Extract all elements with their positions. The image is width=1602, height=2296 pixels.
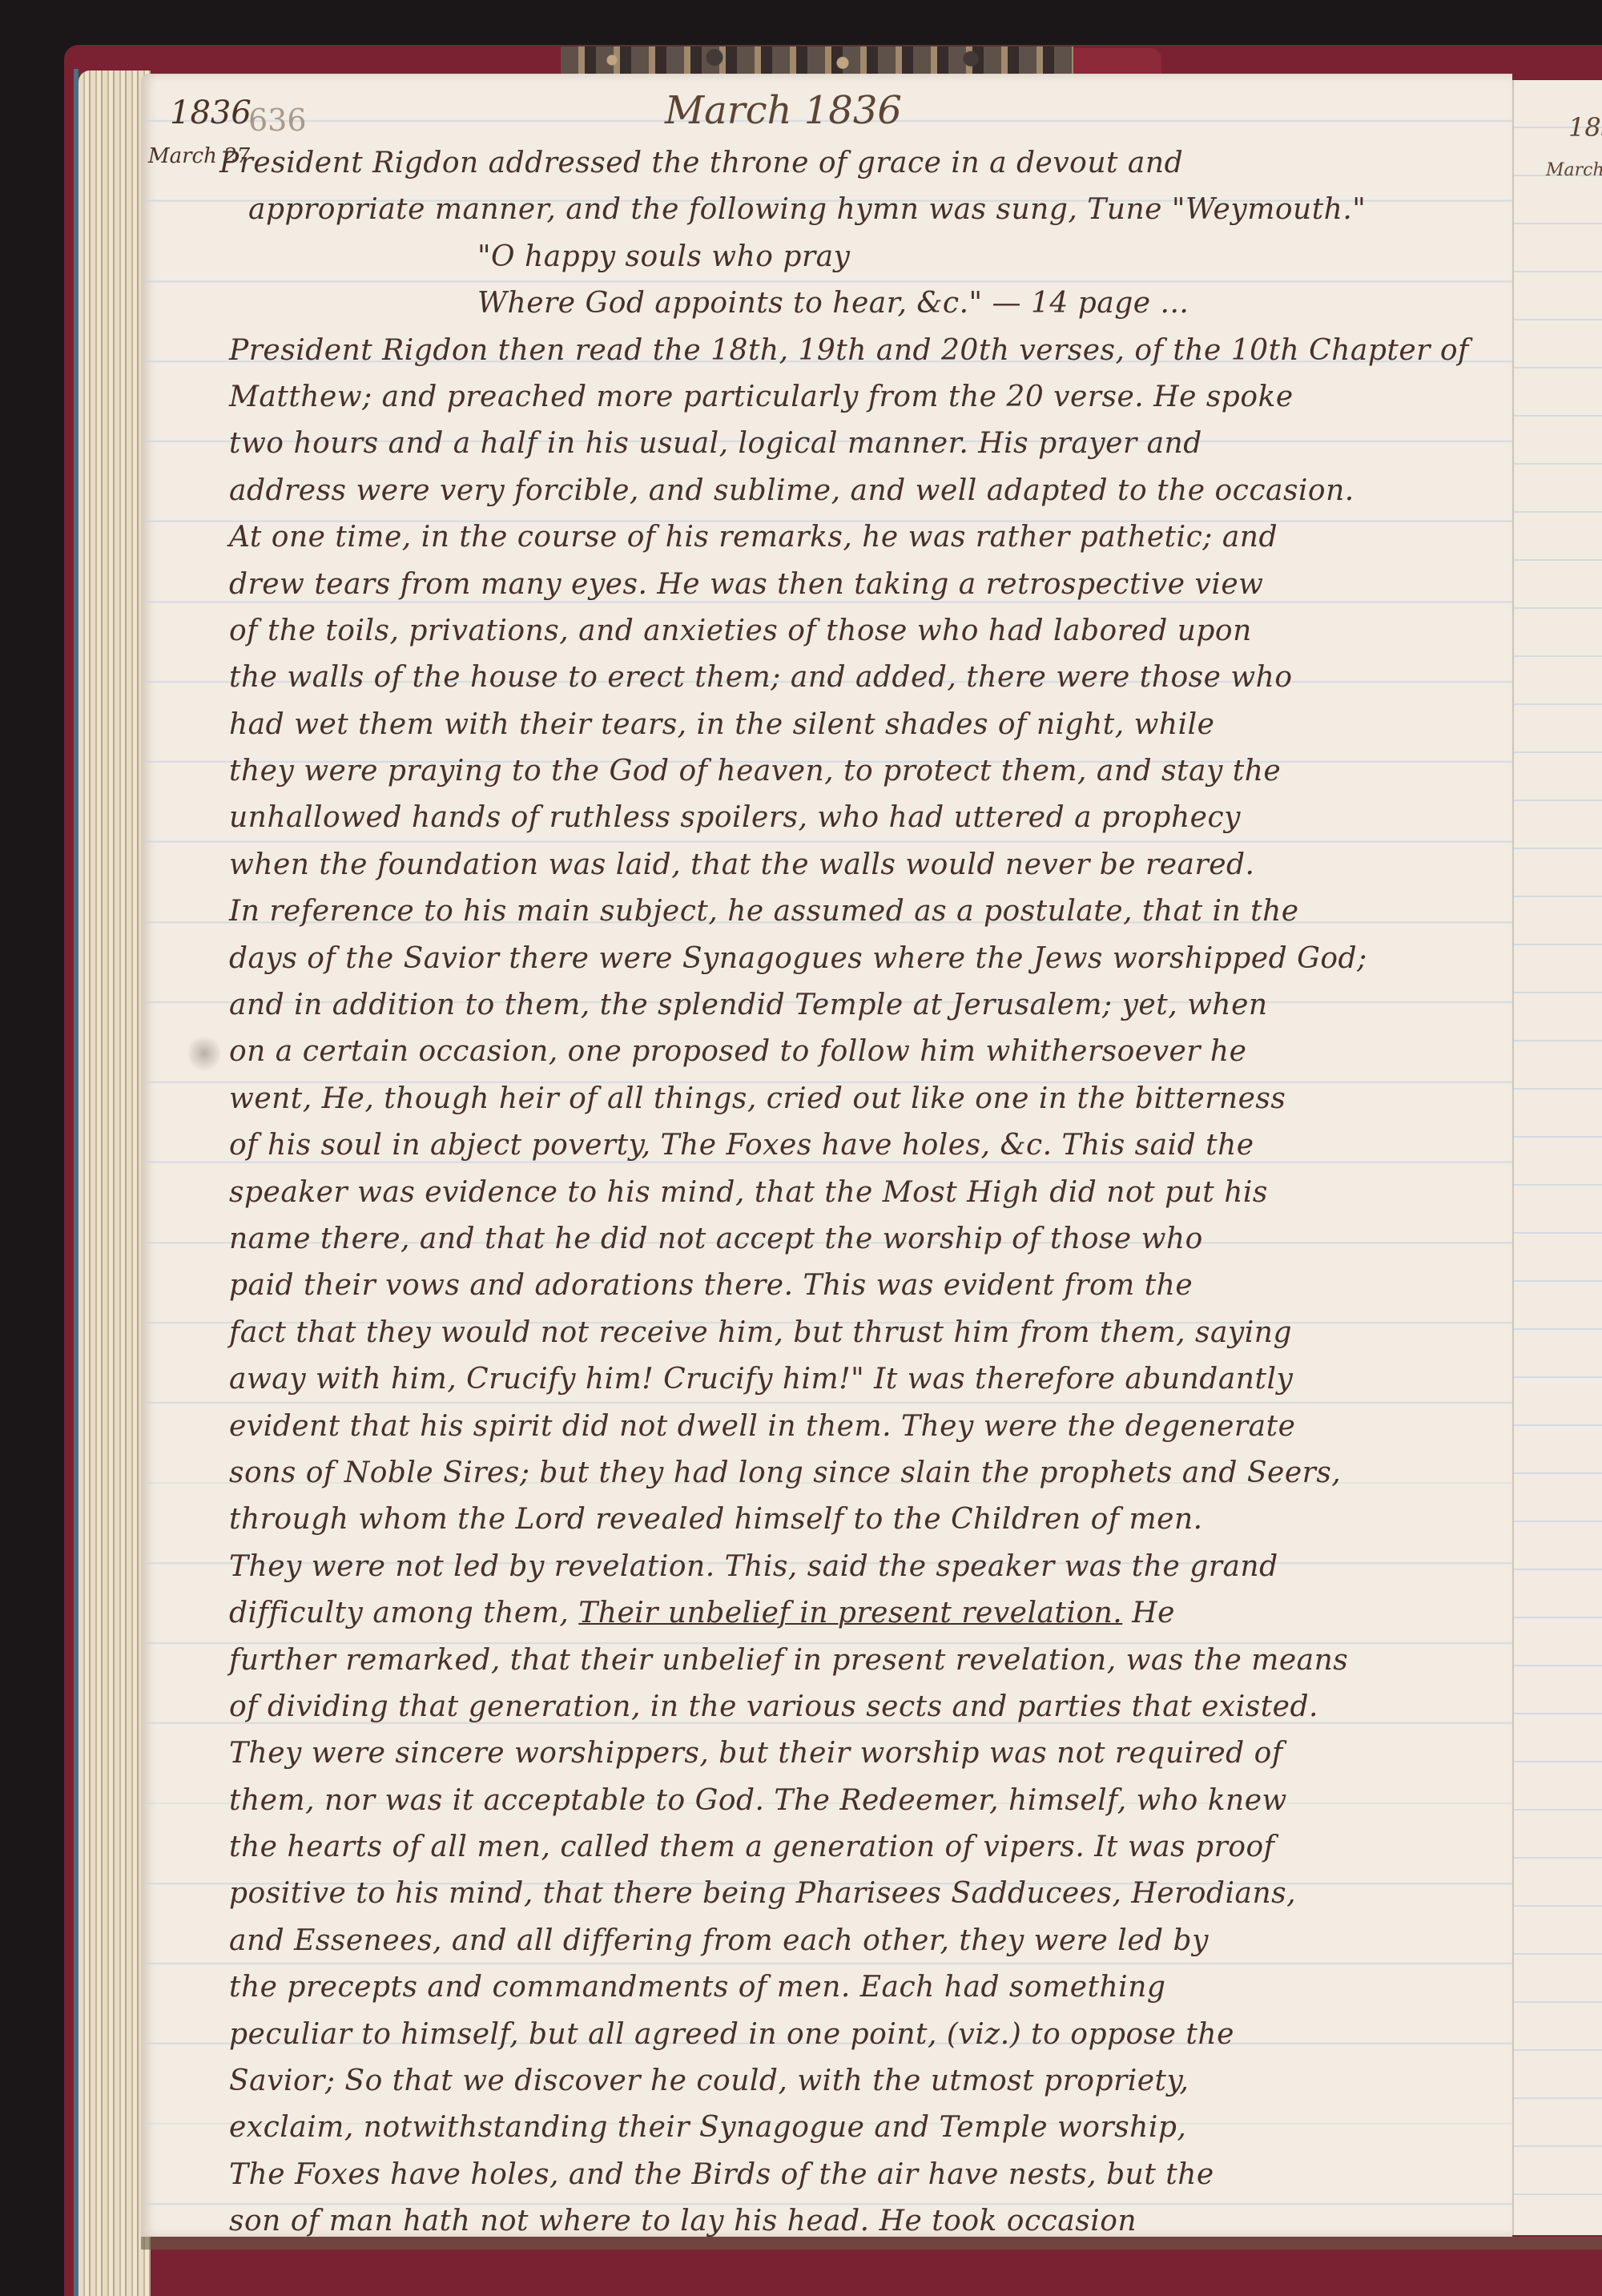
year-label: 1836 <box>170 95 252 131</box>
text-line: through whom the Lord revealed himself t… <box>229 1496 1527 1543</box>
text-line: son of man hath not where to lay his hea… <box>229 2198 1527 2245</box>
text-line: fact that they would not receive him, bu… <box>229 1310 1527 1356</box>
text-line: The Foxes have holes, and the Birds of t… <box>229 2152 1527 2198</box>
text-line: and in addition to them, the splendid Te… <box>229 982 1527 1029</box>
page-number: 636 <box>248 103 307 138</box>
text-line: name there, and that he did not accept t… <box>229 1216 1527 1263</box>
text-line: two hours and a half in his usual, logic… <box>229 421 1527 467</box>
text-line: Savior; So that we discover he could, wi… <box>229 2058 1527 2105</box>
text-line: on a certain occasion, one proposed to f… <box>229 1029 1527 1075</box>
text-line: address were very forcible, and sublime,… <box>229 468 1527 514</box>
text-line: went, He, though heir of all things, cri… <box>229 1076 1527 1122</box>
marbled-page-edge <box>561 46 1073 74</box>
hymn-line: Where God appoints to hear, &c." — 14 pa… <box>229 280 1527 327</box>
text-line: appropriate manner, and the following hy… <box>229 187 1527 233</box>
text-line: At one time, in the course of his remark… <box>229 514 1527 561</box>
text-line: further remarked, that their unbelief in… <box>229 1637 1527 1684</box>
text-line: and Essenees, and all differing from eac… <box>229 1918 1527 1964</box>
text-line: when the foundation was laid, that the w… <box>229 842 1527 888</box>
text-line: of his soul in abject poverty, The Foxes… <box>229 1122 1527 1169</box>
text-line: the walls of the house to erect them; an… <box>229 655 1527 701</box>
adjacent-year-fragment: 183 <box>1568 112 1602 143</box>
ink-smudge <box>188 1033 220 1073</box>
text-line: paid their vows and adorations there. Th… <box>229 1263 1527 1309</box>
hymn-line: "O happy souls who pray <box>229 234 1527 280</box>
text-line: positive to his mind, that there being P… <box>229 1871 1527 1917</box>
text-line: President Rigdon addressed the throne of… <box>219 140 1527 187</box>
page-heading: March 1836 <box>665 88 902 133</box>
text-line: exclaim, notwithstanding their Synagogue… <box>229 2105 1527 2151</box>
text-line: peculiar to himself, but all agreed in o… <box>229 2012 1527 2058</box>
adjacent-margin-fragment: March <box>1546 160 1602 180</box>
text-line: In reference to his main subject, he ass… <box>229 888 1527 935</box>
text-line: President Rigdon then read the 18th, 19t… <box>229 328 1527 374</box>
text-line: unhallowed hands of ruthless spoilers, w… <box>229 795 1527 841</box>
text-line: evident that his spirit did not dwell in… <box>229 1404 1527 1450</box>
underlined-phrase: Their unbelief in present revelation. <box>578 1597 1122 1629</box>
text-line: had wet them with their tears, in the si… <box>229 702 1527 748</box>
text-line: they were praying to the God of heaven, … <box>229 748 1527 795</box>
text-line: days of the Savior there were Synagogues… <box>229 936 1527 982</box>
text-line: of the toils, privations, and anxieties … <box>229 608 1527 655</box>
text-line: the precepts and commandments of men. Ea… <box>229 1964 1527 2011</box>
text-line: them, nor was it acceptable to God. The … <box>229 1778 1527 1824</box>
journal-text: President Rigdon addressed the throne of… <box>229 140 1527 2246</box>
text-line: They were sincere worshippers, but their… <box>229 1730 1527 1777</box>
text-line: Matthew; and preached more particularly … <box>229 374 1527 421</box>
text-line: speaker was evidence to his mind, that t… <box>229 1170 1527 1216</box>
binding-spine-top <box>1073 48 1161 74</box>
text-line: away with him, Crucify him! Crucify him!… <box>229 1356 1527 1403</box>
text-line: sons of Noble Sires; but they had long s… <box>229 1450 1527 1496</box>
page-stack-edge <box>78 70 151 2296</box>
text-line: of dividing that generation, in the vari… <box>229 1684 1527 1730</box>
text-line-underlined: difficulty among them, Their unbelief in… <box>229 1590 1527 1637</box>
text-line: They were not led by revelation. This, s… <box>229 1544 1527 1590</box>
text-line: drew tears from many eyes. He was then t… <box>229 562 1527 608</box>
text-line: the hearts of all men, called them a gen… <box>229 1824 1527 1871</box>
